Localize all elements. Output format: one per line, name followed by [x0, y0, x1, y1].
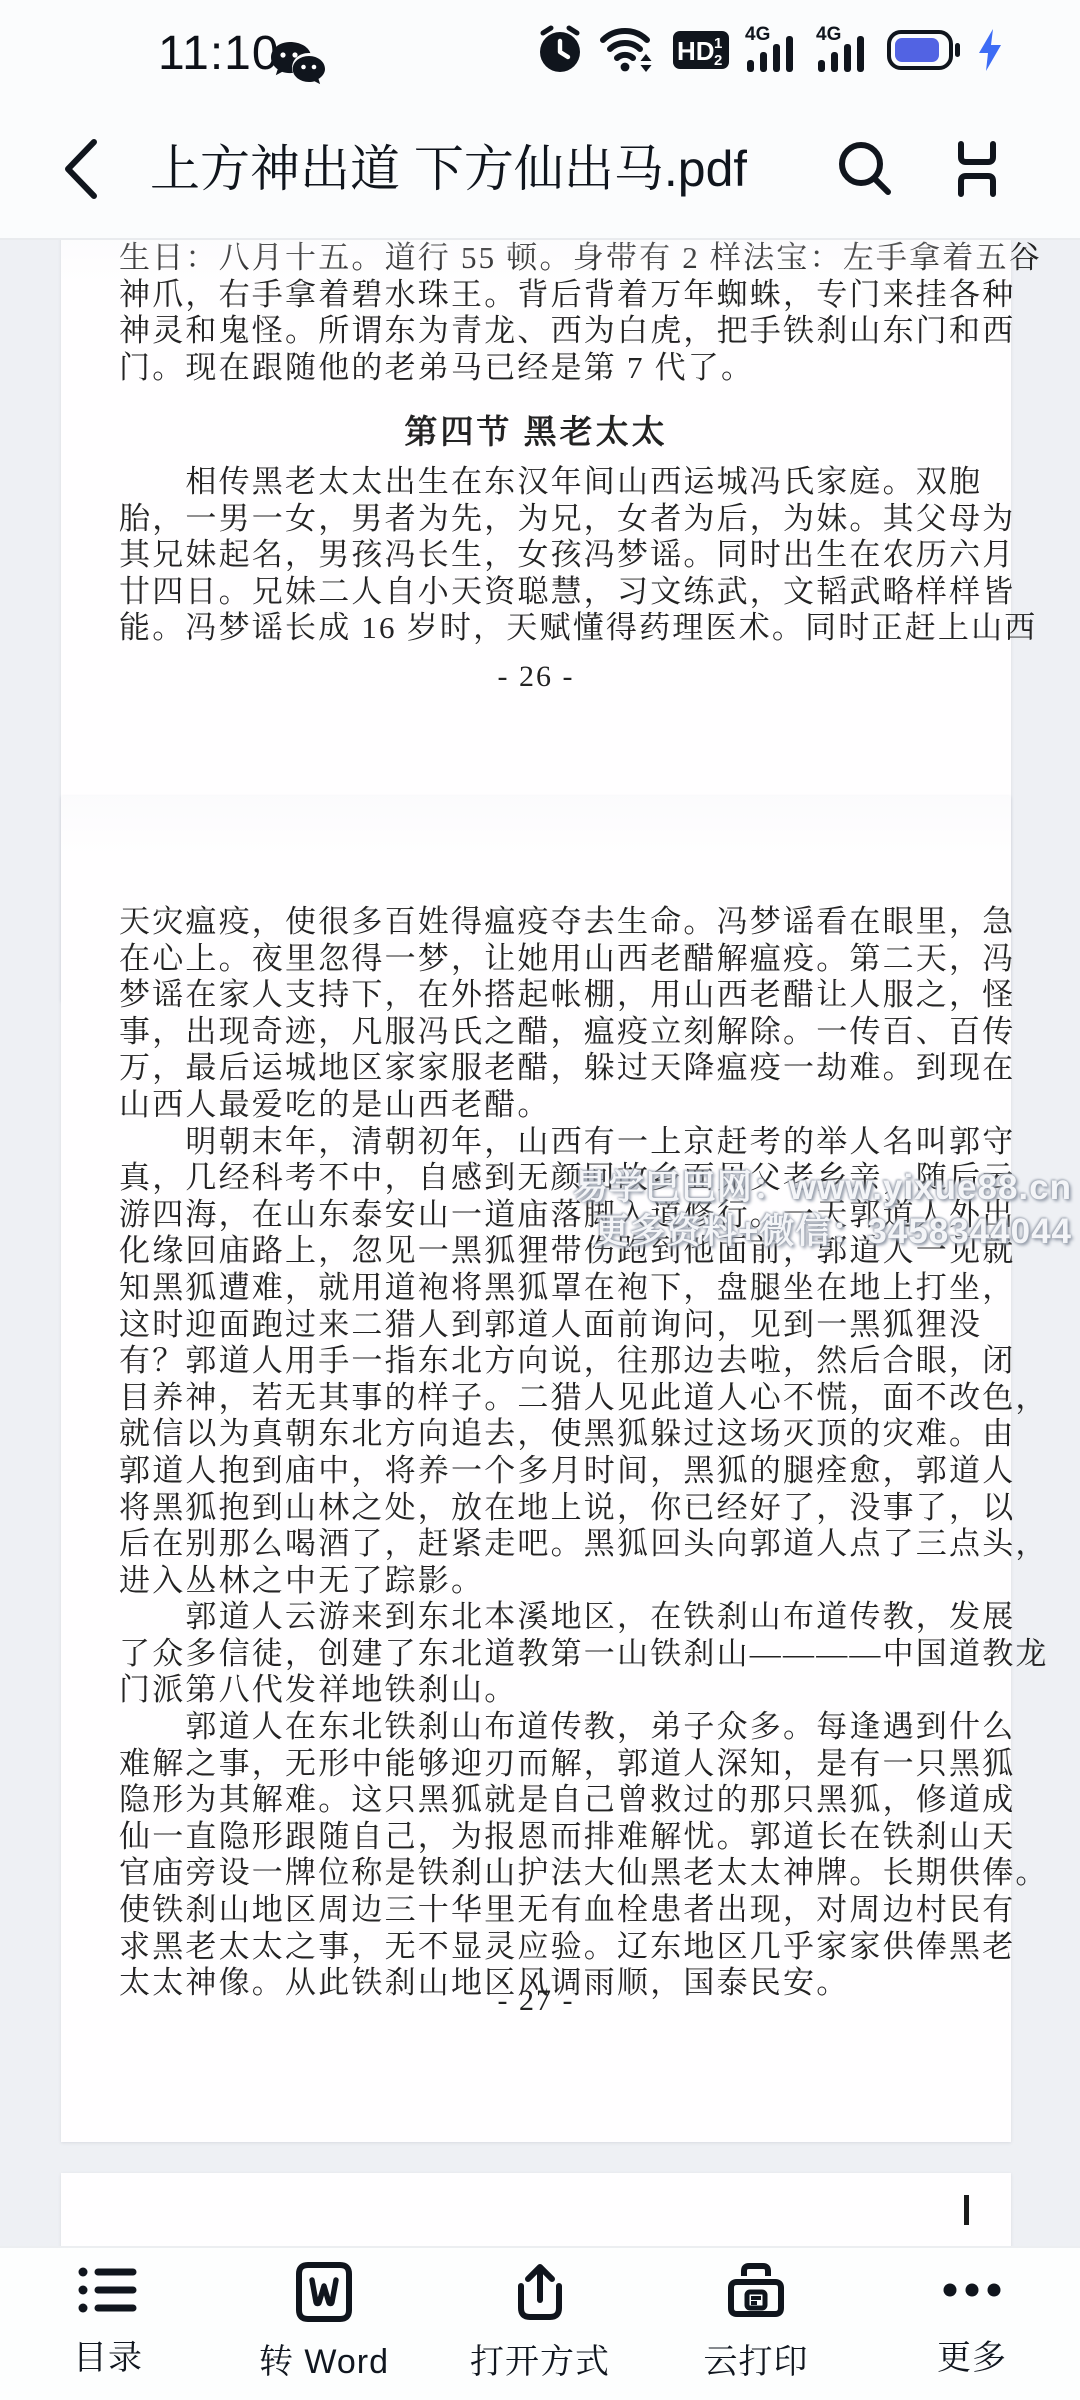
- text-line: 相传黑老太太出生在东汉年间山西运城冯氏家庭。双胞: [119, 464, 981, 501]
- svg-text:4G: 4G: [816, 24, 841, 45]
- text-line: 郭道人云游来到东北本溪地区，在铁刹山布道传教，发展: [119, 1599, 981, 1636]
- toc-list-icon: [77, 2262, 139, 2318]
- watermark-wechat: 更多资料+微信：3458344044: [573, 1210, 1072, 1254]
- toolbar-item-convert-word[interactable]: 转 Word: [216, 2248, 432, 2400]
- text-line: 神爪，右手拿着碧水珠王。背后背着万年蜘蛛，专门来挂各种: [119, 277, 981, 314]
- svg-text:2: 2: [714, 52, 722, 69]
- wechat-icon: [268, 40, 330, 97]
- text-line: 其兄妹起名，男孩冯长生，女孩冯梦谣。同时出生在农历六月: [119, 537, 981, 574]
- page-26-paragraph: 相传黑老太太出生在东汉年间山西运城冯氏家庭。双胞胎，一男一女，男者为先，为兄，女…: [61, 464, 1011, 647]
- text-line: 郭道人在东北铁刹山布道传教，弟子众多。每逢遇到什么: [119, 1709, 981, 1746]
- toolbar-item-more[interactable]: 更多: [864, 2248, 1080, 2400]
- toolbar-label: 打开方式: [470, 2334, 610, 2383]
- toolbar-item-open-with[interactable]: 打开方式: [432, 2248, 648, 2400]
- toolbar-item-toc[interactable]: 目录: [0, 2248, 216, 2400]
- pdf-page-28-sliver[interactable]: [61, 2173, 1011, 2246]
- svg-text:1: 1: [714, 35, 722, 52]
- site-watermark: 易学巴巴网：www.yixue88.cn 更多资料+微信：3458344044: [573, 1166, 1072, 1254]
- toolbar-label: 更多: [937, 2330, 1007, 2379]
- text-line: 郭道人抱到庙中，将养一个多月时间，黑狐的腿痊愈，郭道人: [119, 1453, 981, 1490]
- text-line: 官庙旁设一牌位称是铁刹山护法大仙黑老太太神牌。长期供俸。: [119, 1855, 981, 1892]
- text-line: 门派第八代发祥地铁刹山。: [119, 1672, 981, 1709]
- text-line: 门。现在跟随他的老弟马已经是第 7 代了。: [119, 350, 981, 387]
- back-chevron-icon[interactable]: [52, 134, 112, 204]
- text-line: 仙一直隐形跟随自己，为报恩而排难解忧。郭道长在铁刹山天: [119, 1819, 981, 1856]
- text-line: 难解之事，无形中能够迎刃而解，郭道人深知，是有一只黑狐: [119, 1746, 981, 1783]
- section-heading: 第四节 黑老太太: [61, 406, 1011, 453]
- toolbar-label: 目录: [73, 2330, 143, 2379]
- battery-icon: [887, 28, 961, 72]
- wifi-icon: [599, 24, 657, 76]
- page-26-paragraph: 生日：八月十五。道行 55 顿。身带有 2 样法宝：左手拿着五谷神爪，右手拿着碧…: [61, 240, 1011, 386]
- text-line: 万，最后运城地区家家服老醋，躲过天降瘟疫一劫难。到现在: [119, 1050, 981, 1087]
- text-line: 明朝末年，清朝初年，山西有一上京赶考的举人名叫郭守: [119, 1124, 981, 1161]
- more-dots-icon: [939, 2262, 1005, 2318]
- document-title: 上方神出道 下方仙出马.pdf: [150, 100, 747, 238]
- pdf-page-27[interactable]: 天灾瘟疫，使很多百姓得瘟疫夺去生命。冯梦谣看在眼里，急在心上。夜里忽得一梦，让她…: [61, 796, 1011, 2142]
- text-line: 胎，一男一女，男者为先，为兄，女者为后，为妹。其父母为: [119, 501, 981, 538]
- status-bar: 11:10: [0, 0, 1080, 100]
- text-line: 进入丛林之中无了踪影。: [119, 1563, 981, 1600]
- toolbar-label: 云打印: [704, 2334, 809, 2383]
- page-number-27: - 27 -: [61, 1984, 1011, 2018]
- text-line: 有？郭道人用手一指东北方向说，往那边去啦，然后合眼，闭: [119, 1343, 981, 1380]
- alarm-clock-icon: [536, 24, 584, 76]
- app-header: 上方神出道 下方仙出马.pdf: [0, 100, 1080, 238]
- signal-4g-icon: 4G: [745, 24, 801, 76]
- reader-mode-icon[interactable]: [944, 136, 1010, 202]
- text-line: 天灾瘟疫，使很多百姓得瘟疫夺去生命。冯梦谣看在眼里，急: [119, 904, 981, 941]
- text-line: 山西人最爱吃的是山西老醋。: [119, 1087, 981, 1124]
- signal-4g-icon: 4G: [816, 24, 872, 76]
- charging-bolt-icon: [976, 27, 1004, 73]
- text-line: 在心上。夜里忽得一梦，让她用山西老醋解瘟疫。第二天，冯: [119, 941, 981, 978]
- text-line: 后在别那么喝酒了，赶紧走吧。黑狐回头向郭道人点了三点头，: [119, 1526, 981, 1563]
- svg-text:4G: 4G: [745, 24, 770, 45]
- toolbar-item-cloud-print[interactable]: 云打印: [648, 2248, 864, 2400]
- open-with-share-icon: [511, 2262, 569, 2322]
- svg-text:HD: HD: [677, 36, 715, 66]
- pdf-viewer-canvas[interactable]: 生日：八月十五。道行 55 顿。身带有 2 样法宝：左手拿着五谷神爪，右手拿着碧…: [0, 238, 1080, 2246]
- text-line: 能。冯梦谣长成 16 岁时，天赋懂得药理医术。同时正赶上山西: [119, 610, 981, 647]
- text-line: 目养神，若无其事的样子。二猎人见此道人心不慌，面不改色，: [119, 1380, 981, 1417]
- text-line: 廿四日。兄妹二人自小天资聪慧，习文练武，文韬武略样样皆: [119, 574, 981, 611]
- text-line: 隐形为其解难。这只黑狐就是自己曾救过的那只黑狐，修道成: [119, 1782, 981, 1819]
- page-number-26: - 26 -: [61, 660, 1011, 694]
- page-28-content-mark: [964, 2195, 969, 2225]
- text-line: 求黑老太太之事，无不显灵应验。辽东地区几乎家家供俸黑老: [119, 1929, 981, 1966]
- bottom-toolbar: 目录 转 Word 打开方式: [0, 2246, 1080, 2400]
- status-time: 11:10: [158, 26, 280, 81]
- text-line: 梦谣在家人支持下，在外搭起帐棚，用山西老醋让人服之，怪: [119, 977, 981, 1014]
- text-line: 事，出现奇迹，凡服冯氏之醋，瘟疫立刻解除。一传百、百传: [119, 1014, 981, 1051]
- text-line: 这时迎面跑过来二猎人到郭道人面前询问，见到一黑狐狸没: [119, 1307, 981, 1344]
- watermark-url: 易学巴巴网：www.yixue88.cn: [573, 1166, 1072, 1210]
- top-chrome: 11:10: [0, 0, 1080, 240]
- search-icon[interactable]: [832, 136, 898, 202]
- cloud-print-icon: [727, 2262, 785, 2322]
- status-system-icons: HD 1 2 4G: [536, 0, 1004, 100]
- toolbar-label: 转 Word: [259, 2334, 389, 2383]
- text-line: 知黑狐遭难，就用道袍将黑狐罩在袍下，盘腿坐在地上打坐，: [119, 1270, 981, 1307]
- word-convert-icon: [295, 2262, 353, 2322]
- text-line: 将黑狐抱到山林之处，放在地上说，你已经好了，没事了，以: [119, 1490, 981, 1527]
- page-27-paragraphs: 天灾瘟疫，使很多百姓得瘟疫夺去生命。冯梦谣看在眼里，急在心上。夜里忽得一梦，让她…: [61, 904, 1011, 2002]
- text-line: 了众多信徒，创建了东北道教第一山铁刹山————中国道教龙: [119, 1636, 981, 1673]
- text-line: 就信以为真朝东北方向追去，使黑狐躲过这场灭顶的灾难。由: [119, 1416, 981, 1453]
- hd-volte-badge: HD 1 2: [672, 28, 730, 72]
- text-line: 生日：八月十五。道行 55 顿。身带有 2 样法宝：左手拿着五谷: [119, 240, 981, 277]
- text-line: 使铁刹山地区周边三十华里无有血栓患者出现，对周边村民有: [119, 1892, 981, 1929]
- text-line: 神灵和鬼怪。所谓东为青龙、西为白虎，把手铁刹山东门和西: [119, 313, 981, 350]
